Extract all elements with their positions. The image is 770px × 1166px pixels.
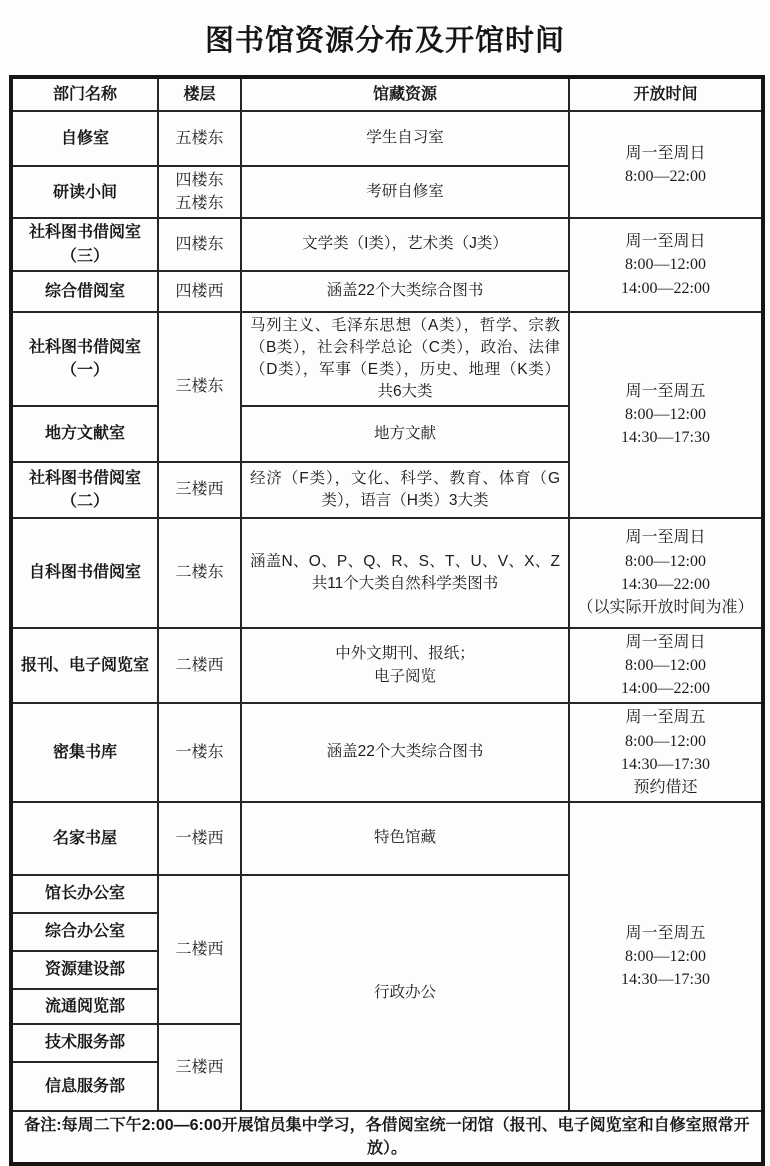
- hours-cell: 周一至周五 8:00—12:00 14:30—17:30: [569, 312, 763, 518]
- page-title: 图书馆资源分布及开馆时间: [9, 18, 761, 59]
- hours-cell: 周一至周日 8:00—12:00 14:30—22:00 （以实际开放时间为准）: [569, 518, 763, 628]
- table-row: 社科图书借阅室 （三） 四楼东 文学类（I类），艺术类（J类） 周一至周日 8:…: [11, 218, 763, 270]
- resource-cell: 涵盖N、O、P、Q、R、S、T、U、V、X、Z共11个大类自然科学类图书: [241, 518, 569, 628]
- resource-cell: 涵盖22个大类综合图书: [241, 703, 569, 802]
- note-row: 备注:每周二下午2:00—6:00开展馆员集中学习，各借阅室统一闭馆（报刊、电子…: [11, 1111, 763, 1164]
- resource-cell: 考研自修室: [241, 166, 569, 218]
- floor-cell: 四楼东: [158, 218, 241, 270]
- floor-cell: 二楼西: [158, 628, 241, 704]
- hours-cell: 周一至周日 8:00—12:00 14:00—22:00: [569, 628, 763, 704]
- resource-cell: 经济（F类），文化、科学、教育、体育（G类），语言（H类）3大类: [241, 462, 569, 518]
- floor-cell: 四楼东 五楼东: [158, 166, 241, 218]
- dept-cell: 密集书库: [11, 703, 158, 802]
- dept-cell: 名家书屋: [11, 802, 158, 875]
- col-header-dept: 部门名称: [11, 77, 158, 111]
- document-page: 图书馆资源分布及开馆时间 部门名称 楼层 馆藏资源 开放时间 自修室 五楼东 学…: [0, 0, 770, 1112]
- table-row: 社科图书借阅室 （一） 三楼东 马列主义、毛泽东思想（A类），哲学、宗教（B类）…: [11, 312, 763, 406]
- dept-cell: 综合借阅室: [11, 271, 158, 312]
- dept-cell: 研读小间: [11, 166, 158, 218]
- dept-cell: 资源建设部: [11, 951, 158, 989]
- resource-cell: 特色馆藏: [241, 802, 569, 875]
- resource-cell: 涵盖22个大类综合图书: [241, 271, 569, 312]
- hours-cell: 周一至周日 8:00—12:00 14:00—22:00: [569, 218, 763, 311]
- dept-cell: 自科图书借阅室: [11, 518, 158, 628]
- dept-cell: 社科图书借阅室 （二）: [11, 462, 158, 518]
- floor-cell: 五楼东: [158, 111, 241, 166]
- floor-cell: 一楼西: [158, 802, 241, 875]
- floor-cell: 二楼东: [158, 518, 241, 628]
- col-header-hours: 开放时间: [569, 77, 763, 111]
- resource-cell: 行政办公: [241, 875, 569, 1111]
- floor-cell: 二楼西: [158, 875, 241, 1024]
- resource-cell: 地方文献: [241, 406, 569, 462]
- dept-cell: 社科图书借阅室 （三）: [11, 218, 158, 270]
- dept-cell: 社科图书借阅室 （一）: [11, 312, 158, 406]
- table-row: 报刊、电子阅览室 二楼西 中外文期刊、报纸； 电子阅览 周一至周日 8:00—1…: [11, 628, 763, 704]
- floor-cell: 三楼西: [158, 1024, 241, 1111]
- table-row: 自修室 五楼东 学生自习室 周一至周日 8:00—22:00: [11, 111, 763, 166]
- resource-cell: 马列主义、毛泽东思想（A类），哲学、宗教（B类），社会科学总论（C类），政治、法…: [241, 312, 569, 406]
- hours-cell: 周一至周五 8:00—12:00 14:30—17:30 预约借还: [569, 703, 763, 802]
- table-row: 密集书库 一楼东 涵盖22个大类综合图书 周一至周五 8:00—12:00 14…: [11, 703, 763, 802]
- dept-cell: 地方文献室: [11, 406, 158, 462]
- table-row: 名家书屋 一楼西 特色馆藏 周一至周五 8:00—12:00 14:30—17:…: [11, 802, 763, 875]
- floor-cell: 三楼东: [158, 312, 241, 462]
- dept-cell: 报刊、电子阅览室: [11, 628, 158, 704]
- dept-cell: 技术服务部: [11, 1024, 158, 1062]
- dept-cell: 信息服务部: [11, 1062, 158, 1111]
- resource-cell: 中外文期刊、报纸； 电子阅览: [241, 628, 569, 704]
- library-hours-table: 部门名称 楼层 馆藏资源 开放时间 自修室 五楼东 学生自习室 周一至周日 8:…: [9, 75, 765, 1166]
- col-header-resource: 馆藏资源: [241, 77, 569, 111]
- resource-cell: 学生自习室: [241, 111, 569, 166]
- note-text: 备注:每周二下午2:00—6:00开展馆员集中学习，各借阅室统一闭馆（报刊、电子…: [11, 1111, 763, 1164]
- hours-cell: 周一至周五 8:00—12:00 14:30—17:30: [569, 802, 763, 1111]
- floor-cell: 三楼西: [158, 462, 241, 518]
- floor-cell: 一楼东: [158, 703, 241, 802]
- dept-cell: 流通阅览部: [11, 989, 158, 1024]
- dept-cell: 综合办公室: [11, 913, 158, 951]
- table-row: 自科图书借阅室 二楼东 涵盖N、O、P、Q、R、S、T、U、V、X、Z共11个大…: [11, 518, 763, 628]
- resource-cell: 文学类（I类），艺术类（J类）: [241, 218, 569, 270]
- floor-cell: 四楼西: [158, 271, 241, 312]
- dept-cell: 自修室: [11, 111, 158, 166]
- col-header-floor: 楼层: [158, 77, 241, 111]
- dept-cell: 馆长办公室: [11, 875, 158, 913]
- header-row: 部门名称 楼层 馆藏资源 开放时间: [11, 77, 763, 111]
- hours-cell: 周一至周日 8:00—22:00: [569, 111, 763, 218]
